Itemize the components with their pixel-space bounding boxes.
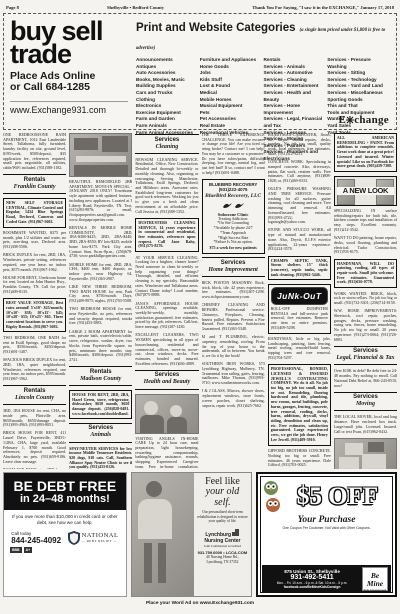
ad-one-bedroom-apartment: ONE BEDROOM/ONE BATH APARTMENT, 1014 Eas… (3, 133, 66, 171)
page-number: Page 8 (6, 5, 19, 10)
star-icon (346, 116, 354, 124)
list-item: Services - Yard and Land (327, 83, 391, 90)
building-icon (232, 529, 239, 536)
list-item: Real Estate (200, 123, 264, 130)
classified-column-6: ALL AMERICAN REMODELING + PAINT. From ad… (334, 133, 397, 469)
section-subtitle: Franklin County (3, 184, 66, 191)
website-url: www.Exchange931.com (10, 101, 128, 115)
bbb-badge: BBB (10, 547, 22, 553)
category-column-1: AnnouncementsAntiquesAuto AccessoriesBoo… (136, 57, 200, 163)
list-item: Lost & Found (200, 83, 264, 90)
bluebird-phone: (931)222-4075 (204, 187, 263, 192)
ad-excellent-cleaners: EXCELLENT CLEANERS, TWO WOMEN specializi… (135, 333, 198, 366)
list-item: Services - Health and Beauty (264, 90, 328, 103)
bemine-logo: Be Mine Kids Consignment (362, 567, 388, 591)
kitchen-photo (69, 133, 132, 177)
ad-hazel-green: HOUSE FOR RENT, 2BD, 2BA, Hazel Green, s… (69, 390, 132, 420)
list-item: Yard Tools (327, 130, 391, 137)
ad-roommate-wanted: ROOMMATE WANTED, $375 per month, plus 1/… (3, 231, 66, 250)
rating-badge: A+ (24, 547, 33, 553)
ad-want-to-do: WANT TO DO painting, house repairs, deck… (334, 236, 397, 255)
newspaper-page: Page 8 Shelbyville • Bedford County Than… (0, 0, 400, 614)
ad-janas-cleaning: JANA'S AFFORDABLE HOUSE CLEANING, openin… (135, 302, 198, 330)
classified-column-5: HANDYMAN-CARPENTER, floors, tile, carpet… (268, 133, 331, 469)
ad-dustbusters: DUSTBUSTERS CLEANING SERVICE, 14 years e… (135, 218, 198, 252)
section-subtitle: Madison County (69, 376, 132, 383)
caregiver-photo (135, 394, 198, 434)
ad-spacious-duplex: SPACIOUS BRICK DUPLEX for rent, 2BD, 1BA… (3, 358, 66, 382)
list-item: Furniture and Appliances (200, 57, 264, 64)
ad-best-value-storage: BEST VALUE STORAGE, Best rates around! 5… (3, 298, 66, 332)
category-column-4: Services - Pressure WashingServices - Si… (327, 57, 391, 163)
ad-chimney-cleaning: CHIMNEY CLEANING AND REPAIRS. Profession… (202, 303, 265, 331)
section-services-moving: Services Moving (334, 392, 397, 412)
section-subtitle: Home Improvement (202, 267, 265, 274)
section-rentals-madison: Rentals Madison County (69, 366, 132, 386)
girl-photo (132, 473, 194, 596)
masthead: Page 8 Shelbyville • Bedford County Than… (0, 0, 400, 13)
list-item: Services - Painters (264, 143, 328, 150)
section-title: Services (135, 372, 198, 379)
ad-brick-duplex: BRICK DUPLEX for rent, 2BD, 1BA, Winches… (3, 253, 66, 272)
masthead-tagline: Thank You For Saying, "I saw it in the E… (252, 5, 394, 10)
category-column-2: Furniture and AppliancesHome GoodsJobsKi… (200, 57, 264, 163)
coupon-purchase-label: Your Purchase (262, 515, 391, 525)
section-title: Services (334, 394, 397, 401)
section-title: Services (202, 260, 265, 267)
lynchburg-address-1: 40 Nursing Home Rd., (206, 555, 239, 559)
debt-brand: NATIONAL (82, 532, 119, 539)
ad-jj-glass: J & J GLASS, Mirrors, shower doors, repl… (202, 389, 265, 408)
list-item: Farm Animals (136, 123, 200, 130)
ad-stone-stucco: STONE AND STUCCO WORK, all type of natur… (268, 228, 331, 252)
a-new-look-title: A NEW LOOK (337, 187, 394, 196)
ad-ww-home-improvements: W.W. HOME IMPROVEMENTS: Sheetrock, roof … (334, 309, 397, 342)
section-subtitle: Lincoln County (3, 395, 66, 402)
trade-text: trade (10, 43, 128, 66)
section-subtitle: Moving (334, 401, 397, 408)
list-item: Services - Pressure Washing (327, 57, 391, 70)
section-services-animals: Services Animals (69, 423, 132, 443)
list-item: Services - Technology (327, 77, 391, 84)
classifieds-area: ONE BEDROOM/ONE BATH APARTMENT, 1014 Eas… (0, 130, 400, 469)
lynchburg-address-2: Lynchburg, TN 37352 (206, 560, 238, 564)
ad-jewells-contracting: PROFESSIONAL, BONDED, LICENSED & INSURED… (268, 364, 331, 446)
list-item: Services - Automotive (264, 70, 328, 77)
ad-rick-poston: RICK POSTON MASONRY: Rock, brick, block,… (202, 281, 265, 300)
ad-concrete-work: CONCRETE WORK: Specializing in stamped c… (268, 160, 331, 184)
ad-local-mover: THE LOCAL MOVER, local and long distance… (334, 415, 397, 434)
list-item: Services - Miscellaneous (327, 90, 391, 97)
junk-out-text: ROLL-OFF DUMPSTER RENTALS and full-servi… (271, 307, 328, 331)
bottom-display-ads: BE DEBT FREE in 24–48 months! If you owe… (0, 469, 400, 597)
junk-out-ad: JuNk-OuT ROLL-OFF DUMPSTER RENTALS and f… (268, 284, 331, 334)
list-item: Building Supplies (136, 83, 200, 90)
section-rentals-franklin: Rentals Franklin County (3, 174, 66, 194)
shield-icon (68, 531, 80, 545)
buy-sell-trade-block: buy sell trade Place Ads Online or Call … (10, 18, 128, 126)
ad-specializing-surface: SPECIALIZING IN surface refinishing/repa… (334, 209, 397, 233)
section-services-home-improvement: Services Home Improvement (202, 257, 265, 277)
list-item: Services - Cleaning (264, 77, 328, 84)
list-item: Services - Entertainment (264, 83, 328, 90)
list-item: Services - Sitting (327, 70, 391, 77)
ad-newsom-cleaning: NEWSOM CLEANING SERVICE. Residential, Of… (135, 158, 198, 215)
debt-brand-sub: — DEBT RELIEF — (82, 539, 119, 543)
list-item: Jobs (200, 70, 264, 77)
section-title: Rentals (69, 369, 132, 376)
list-item: Medical (200, 90, 264, 97)
classified-column-3: Services Cleaning NEWSOM CLEANING SERVIC… (135, 133, 198, 469)
a-new-look-ad: A NEW LOOK (334, 176, 397, 206)
lynchburg-headline-2: your old self. (197, 487, 248, 508)
debt-subheadline: in 24–48 months! (6, 493, 124, 505)
ad-work-wanted-brick: WORK WANTED: BRICK, block, rock or storm… (334, 292, 397, 306)
ad-champs-septic: CHAMPS SEPTIC TANK, Storm shelters 15" t… (268, 256, 331, 281)
ad-mobile-home: MOBILE HOME for rent, 2BD, 2BA, CHA, $40… (69, 263, 132, 282)
ad-house-john-hunter: HOUSE FOR RENT, 3 bedroom house for rent… (3, 276, 66, 295)
section-services-health: Services Health and Beauty (135, 370, 198, 390)
ad-mobile-home-community: RENTALS IN MOBILE HOME COMMUNITY, 2BD, 1… (69, 226, 132, 259)
list-item: Electronics (136, 103, 200, 110)
bluebird-details: Treating Addiction:*On Site Counseling*A… (204, 217, 263, 245)
ad-room-for-rent: ROOM FOR RENT, nice 3BD house, Park City… (3, 468, 66, 469)
lynchburg-accreditation: Joint Commission accredited (197, 544, 248, 548)
bluebird-price: $75 a week for new patients (204, 246, 263, 251)
list-item: Cars and Trucks (136, 90, 200, 97)
list-item: Services - Moving (264, 136, 328, 143)
footer-caption: Place your Word Ad on www.Exchange931.co… (0, 597, 400, 606)
coupon-amount: $5 OFF (284, 486, 391, 509)
birds-icon (221, 201, 245, 209)
categories-panel: Print and Website Categories (a single i… (128, 18, 391, 126)
ad-visiting-angels: VISITING ANGELS IN-HOME CARE Up to 24 ho… (135, 437, 198, 469)
ad-remodeled-2br: BEAUTIFUL REMODELED 2BR APARTMENT, MOVE-… (69, 180, 132, 222)
list-item: Services - Legal, Financial and Tax (264, 116, 328, 129)
ad-two-bedroom-house: TWO BEDROOM HOUSE for rent, near Fayette… (69, 307, 132, 326)
section-title: Services (69, 425, 132, 432)
ad-ogles-pressure: OGLE'S PRESSURE WASHING AND TREE SERVICE… (268, 187, 331, 225)
category-column-3: RentalsServices - AnimalsServices - Auto… (264, 57, 328, 163)
ad-mt-plumbing: M and T PLUMBING, electric, carpentry, r… (202, 335, 265, 359)
list-item: Musical Equipment (200, 103, 264, 110)
section-title: Services (334, 348, 397, 355)
call-number-line: or Call 684-1285 (10, 82, 128, 94)
list-item: This and That (327, 103, 391, 110)
list-item: Announcements (136, 57, 200, 64)
bluebird-recovery-ad: BLUEBIRD RECOVERY (931)222-4075 BlueBird… (202, 179, 265, 254)
list-item: Auto Accessories (136, 70, 200, 77)
ad-handyman-will-do: HANDYMAN, WILL DO painting, roofing, all… (334, 259, 397, 289)
moving-boxes-photo (334, 438, 397, 469)
lynchburg-nursing-ad: Feel like your old self. Our personalize… (131, 472, 252, 597)
exchange-logo: Echange (339, 114, 389, 126)
debt-body-text: If you owe more than $10,000 in credit c… (4, 510, 126, 529)
list-item: Exercise Equipment (136, 110, 200, 117)
section-subtitle: Health and Beauty (135, 379, 198, 386)
ad-two-bedroom-estill: TWO BEDROOM, ONE BATH for rent in Estill… (3, 336, 66, 355)
list-item: Clothing (136, 97, 200, 104)
classified-column-2: BEAUTIFUL REMODELED 2BR APARTMENT, MOVE-… (69, 133, 132, 469)
classified-column-1: ONE BEDROOM/ONE BATH APARTMENT, 1014 Eas… (3, 133, 66, 469)
section-services-legal: Services Legal, Financial & Tax (334, 346, 397, 366)
list-item: Mobile Homes (200, 97, 264, 104)
list-item: Rentals (264, 57, 328, 64)
list-item: Recreational Vehicles (200, 130, 264, 137)
bemine-logo-sub: Kids Consignment (363, 589, 387, 592)
list-item: Services - Lessons (264, 130, 328, 137)
list-item: Kids Stuff (200, 77, 264, 84)
owl-icon (262, 480, 284, 514)
ad-handyman-little: HANDYMAN, little or big jobs. Landscapin… (268, 337, 331, 361)
list-item: Pet Accessories (200, 116, 264, 123)
list-item: Farm Animal Accessories (136, 130, 200, 137)
section-rentals-lincoln: Rentals Lincoln County (3, 385, 66, 405)
bemine-facebook: facebook.com/BeMineKidsConsign (265, 585, 359, 589)
coupon-terms: One Coupon Per Customer. Not Valid with … (262, 526, 391, 530)
ad-new-self-storage: NEW SELF STORAGE CENTRAL, Climate Contro… (3, 198, 66, 228)
junk-out-logo: JuNk-OuT (271, 287, 328, 305)
ad-gifford-brothers: GIFFORD BROTHERS CONCRETE. Nothing too b… (268, 449, 331, 468)
section-title: Rentals (3, 388, 66, 395)
lynchburg-body: Our personalized short-term rehabilitati… (197, 510, 248, 524)
classified-column-4: THE THRIVE EXPERIENCE CHALLENGE. You can… (202, 133, 265, 469)
ad-national-debt-text: Over $10K in debt? Be debt free in 24-48… (334, 369, 397, 388)
section-title: Rentals (3, 177, 66, 184)
ad-spay-neuter: SPAY/NEUTER SERVICES for low income Midd… (69, 447, 132, 469)
debt-phone-number: 844-245-4092 (11, 536, 61, 545)
ad-large-2-room: LARGE 2 ROOM APARTMENT for rent, private… (69, 330, 132, 363)
ad-3bd-flintville: 3BD, 1BA HOUSE for rent, CHA, no inside … (3, 409, 66, 428)
bluebird-script-logo: BlueBird Recovery, LLC (204, 193, 263, 199)
bemine-phone: 931-492-5411 (265, 574, 359, 581)
region-label: Shelbyville • Bedford County (107, 5, 164, 10)
ad-like-new-3bd: LIKE NEW THREE BEDROOM, TWO BATH HOUSE f… (69, 285, 132, 304)
list-item: Home Goods (200, 64, 264, 71)
list-item: Antiques (136, 64, 200, 71)
section-subtitle: Animals (69, 432, 132, 439)
ad-brick-house-laurel: BRICK HOUSE FOR RENT, 411 Laurel Drive, … (3, 431, 66, 464)
debt-headline: BE DEBT FREE (6, 479, 124, 493)
list-item: Services - Animals (264, 64, 328, 71)
section-subtitle: Legal, Financial & Tax (334, 355, 397, 362)
list-item: Pets (200, 110, 264, 117)
list-item: Books, Movies, Music (136, 77, 200, 84)
list-item: Farm and Garden (136, 116, 200, 123)
list-item: Services - Plumbers and Electricians (264, 149, 328, 162)
list-item: Services - Home Improvement (264, 103, 328, 116)
ad-at-your-service: AT YOUR SERVICE CLEANING. Looking for a … (135, 256, 198, 298)
be-mine-coupon-ad: $5 OFF Your Purchase One Coupon Per Cust… (256, 472, 397, 597)
list-item: Sporting Goods (327, 97, 391, 104)
categories-banner: buy sell trade Place Ads Online or Call … (3, 13, 397, 130)
national-debt-relief-ad: BE DEBT FREE in 24–48 months! If you owe… (3, 472, 127, 597)
categories-title: Print and Website Categories (136, 22, 296, 34)
ad-southern-iron: SOUTHERN IRON WORKS, 573 Lynchburg Highw… (202, 362, 265, 386)
